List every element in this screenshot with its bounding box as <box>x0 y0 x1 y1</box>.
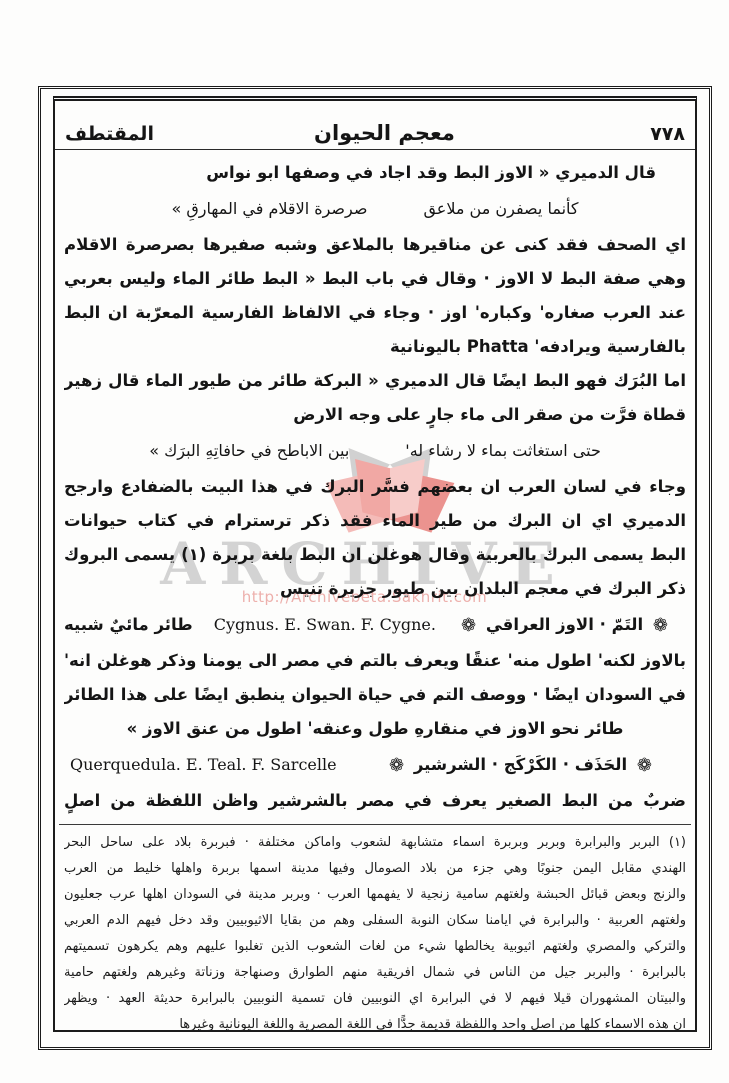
footnote-line: (١) البربر والبرابرة وبربر وبربرة اسماء … <box>64 830 686 856</box>
footnote-line: والتركي والمصري ولغتهم اثيوبية يخالطها ش… <box>64 934 686 960</box>
footnote-line: والبيتان المشهوران قيلا فيهم لا في البرا… <box>64 986 686 1012</box>
text-line: اي الصحف فقد كنى عن مناقيرها بالملاعق وش… <box>64 228 686 262</box>
footnote-line: بالبرابرة · والبربر جيل من الناس في شمال… <box>64 960 686 986</box>
page-inner-border: ٧٧٨ معجم الحيوان المقتطف قال الدميري « ا… <box>53 96 697 1032</box>
footnote-line: ان هذه الاسماء كلها من اصل واحد واللفظة … <box>64 1012 686 1038</box>
text-line: عند العرب صغاره' وكباره' اوز · وجاء في ا… <box>64 296 686 330</box>
text-line: ذكر البرك في معجم البلدان بين طيور جزيرة… <box>64 572 686 606</box>
book-title: معجم الحيوان <box>154 121 615 145</box>
scanned-page: ARCHIVE http://Archivebeta.Sakhrit.com ٧… <box>0 0 729 1083</box>
text-line: اما البُرَك فهو البط ايضًا قال الدميري «… <box>64 364 686 398</box>
text-line: طائر نحو الاوز في منقارهِ طول وعنقه' اطو… <box>64 712 686 746</box>
main-text: قال الدميري « الاوز البط وقد اجاد في وصف… <box>55 150 695 818</box>
floral-ornament-icon: ❁ <box>649 615 672 636</box>
verse-line: حتى استغاثت بماء لا رشاء له' بين الاباطح… <box>64 432 686 470</box>
verse-line: كأنما يصفرن من ملاعق صرصرة الاقلام في ال… <box>64 190 686 228</box>
text-line: بالاوز لكنه' اطول منه' عنقًا ويعرف بالتم… <box>64 644 686 678</box>
entry-heading-teal: ❁ الحَذَف · الكَرْكَج · الشرشير ❁ Querqu… <box>64 746 686 784</box>
text-line: وجاء في لسان العرب ان بعضهم فسَّر البرك … <box>64 470 686 504</box>
footnote-line: والزنج وبعض قبائل الحبشة ولغتهم سامية زن… <box>64 882 686 908</box>
entry-arabic-names: ❁ التَمّ · الاوز العراقي ❁ <box>457 606 672 644</box>
floral-ornament-icon: ❁ <box>385 755 408 776</box>
text-line: في السودان ايضًا · ووصف التم في حياة الح… <box>64 678 686 712</box>
entry-latin-names: Cygnus. E. Swan. F. Cygne. <box>214 606 436 644</box>
entry-arabic-label: التَمّ · الاوز العراقي <box>486 615 643 634</box>
floral-ornament-icon: ❁ <box>457 615 480 636</box>
hemistich-right: كأنما يصفرن من ملاعق <box>423 190 578 228</box>
entry-arabic-names: ❁ الحَذَف · الكَرْكَج · الشرشير ❁ <box>385 746 656 784</box>
text-line: البط يسمى البرك بالعربية وقال هوغلن ان ا… <box>64 538 686 572</box>
text-line: الدميري اي ان البرك من طير الماء فقد ذكر… <box>64 504 686 538</box>
entry-heading-swan: ❁ التَمّ · الاوز العراقي ❁ Cygnus. E. Sw… <box>64 606 686 644</box>
page-header: ٧٧٨ معجم الحيوان المقتطف <box>55 101 695 150</box>
page-outer-border: ٧٧٨ معجم الحيوان المقتطف قال الدميري « ا… <box>38 86 712 1050</box>
text-line: وهي صفة البط لا الاوز · وقال في باب البط… <box>64 262 686 296</box>
page-number: ٧٧٨ <box>615 123 685 145</box>
footnote-line: ولغتهم العربية · والبرابرة في ايامنا سكا… <box>64 908 686 934</box>
text-line: بالفارسية ويرادفه' Phatta باليونانية <box>64 330 686 364</box>
hemistich-left: صرصرة الاقلام في المهارقِ » <box>171 190 367 228</box>
entry-arabic-label: الحَذَف · الكَرْكَج · الشرشير <box>414 755 627 774</box>
magazine-name: المقتطف <box>65 123 154 145</box>
footnote-separator <box>59 824 691 825</box>
intro-line: قال الدميري « الاوز البط وقد اجاد في وصف… <box>64 156 686 190</box>
text-line: ضربٌ من البط الصغير يعرف في مصر بالشرشير… <box>64 784 686 818</box>
hemistich-right: حتى استغاثت بماء لا رشاء له' <box>405 432 601 470</box>
entry-latin-names: Querquedula. E. Teal. F. Sarcelle <box>70 746 337 784</box>
hemistich-left: بين الاباطح في حافاتِهِ البرَك » <box>149 432 349 470</box>
text-line: قطاة فرَّت من صقر الى ماء جارٍ على وجه ا… <box>64 398 686 432</box>
floral-ornament-icon: ❁ <box>633 755 656 776</box>
footnote-block: (١) البربر والبرابرة وبربر وبربرة اسماء … <box>55 830 695 1038</box>
footnote-line: الهندي مقابل اليمن جنوبًا وهي جزء من بلا… <box>64 856 686 882</box>
entry-tail-text: طائر مائيٌ شبيه <box>64 606 193 644</box>
